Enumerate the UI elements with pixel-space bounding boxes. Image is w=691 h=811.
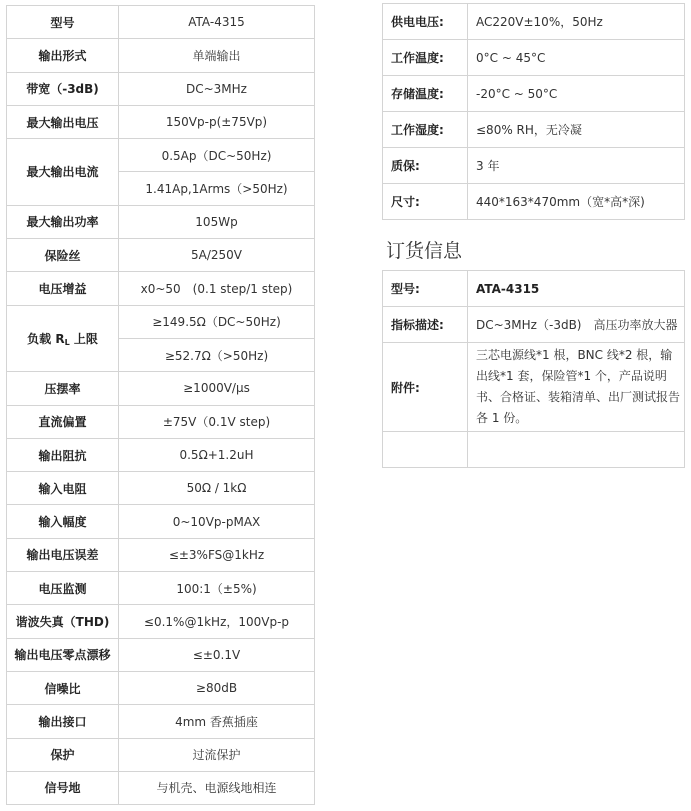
spec-value: ≥1000V/μs <box>119 372 315 405</box>
table-row: 输出阻抗 0.5Ω+1.2uH <box>7 438 315 471</box>
spec-value: 150Vp-p(±75Vp) <box>119 105 315 138</box>
spec-label: 最大输出功率 <box>7 205 119 238</box>
table-row: 输出形式 单端输出 <box>7 39 315 72</box>
order-value-empty <box>468 432 685 468</box>
table-row: 保险丝 5A/250V <box>7 239 315 272</box>
spec-label-load-limit: 负载 RL 上限 <box>7 305 119 372</box>
spec-value: 4mm 香蕉插座 <box>119 705 315 738</box>
table-row: 尺寸: 440*163*470mm（宽*高*深) <box>383 184 685 220</box>
spec-table-right: 供电电压: AC220V±10%，50Hz 工作温度: 0°C ~ 45°C 存… <box>382 3 685 220</box>
table-row: 保护 过流保护 <box>7 738 315 771</box>
spec-label: 工作湿度: <box>383 112 468 148</box>
order-label-empty <box>383 432 468 468</box>
table-row: 输入电阻 50Ω / 1kΩ <box>7 472 315 505</box>
spec-label: 输入幅度 <box>7 505 119 538</box>
table-row: 供电电压: AC220V±10%，50Hz <box>383 4 685 40</box>
spec-value: 1.41Ap,1Arms（>50Hz) <box>119 172 315 205</box>
spec-label: 存储温度: <box>383 76 468 112</box>
spec-value: AC220V±10%，50Hz <box>468 4 685 40</box>
table-row: 输入幅度 0~10Vp-pMAX <box>7 505 315 538</box>
spec-value: 过流保护 <box>119 738 315 771</box>
table-row: 工作湿度: ≤80% RH，无冷凝 <box>383 112 685 148</box>
spec-label: 输出阻抗 <box>7 438 119 471</box>
order-value-model: ATA-4315 <box>468 271 685 307</box>
spec-label: 质保: <box>383 148 468 184</box>
order-info-heading: 订货信息 <box>386 236 462 263</box>
spec-label: 电压监测 <box>7 572 119 605</box>
table-row: 输出电压零点漂移 ≤±0.1V <box>7 638 315 671</box>
table-row: 附件: 三芯电源线*1 根，BNC 线*2 根，输出线*1 套，保险管*1 个，… <box>383 343 685 432</box>
spec-value: 0.5Ap（DC~50Hz) <box>119 139 315 172</box>
spec-label: 输出接口 <box>7 705 119 738</box>
spec-value: ±75V（0.1V step) <box>119 405 315 438</box>
spec-value: ATA-4315 <box>119 6 315 39</box>
table-row: 电压监测 100:1（±5%) <box>7 572 315 605</box>
spec-label: 最大输出电流 <box>7 139 119 206</box>
table-row: 最大输出功率 105Wp <box>7 205 315 238</box>
spec-value: 3 年 <box>468 148 685 184</box>
spec-value: x0~50 (0.1 step/1 step) <box>119 272 315 305</box>
spec-value: DC~3MHz <box>119 72 315 105</box>
spec-value: 0.5Ω+1.2uH <box>119 438 315 471</box>
spec-label: 输入电阻 <box>7 472 119 505</box>
table-row: 最大输出电流 0.5Ap（DC~50Hz) <box>7 139 315 172</box>
table-row: 信噪比 ≥80dB <box>7 671 315 704</box>
order-value: DC~3MHz（-3dB) 高压功率放大器 <box>468 307 685 343</box>
order-label: 型号: <box>383 271 468 307</box>
table-row: 输出接口 4mm 香蕉插座 <box>7 705 315 738</box>
spec-label: 信噪比 <box>7 671 119 704</box>
spec-label: 保护 <box>7 738 119 771</box>
spec-value: 100:1（±5%) <box>119 572 315 605</box>
table-row: 质保: 3 年 <box>383 148 685 184</box>
table-row: 型号: ATA-4315 <box>383 271 685 307</box>
spec-label: 型号 <box>7 6 119 39</box>
spec-value: ≤80% RH，无冷凝 <box>468 112 685 148</box>
spec-label: 输出电压零点漂移 <box>7 638 119 671</box>
spec-value: 105Wp <box>119 205 315 238</box>
spec-value: ≤±0.1V <box>119 638 315 671</box>
spec-label: 带宽（-3dB) <box>7 72 119 105</box>
label-suffix: 上限 <box>70 332 98 346</box>
spec-label: 谐波失真（THD) <box>7 605 119 638</box>
table-row: 带宽（-3dB) DC~3MHz <box>7 72 315 105</box>
order-label: 指标描述: <box>383 307 468 343</box>
spec-label: 最大输出电压 <box>7 105 119 138</box>
order-info-table: 型号: ATA-4315 指标描述: DC~3MHz（-3dB) 高压功率放大器… <box>382 270 685 468</box>
table-row: 信号地 与机壳、电源线地相连 <box>7 771 315 804</box>
table-row: 压摆率 ≥1000V/μs <box>7 372 315 405</box>
spec-label: 信号地 <box>7 771 119 804</box>
table-row: 工作温度: 0°C ~ 45°C <box>383 40 685 76</box>
spec-label: 工作温度: <box>383 40 468 76</box>
spec-value: 0~10Vp-pMAX <box>119 505 315 538</box>
table-row: 输出电压误差 ≤±3%FS@1kHz <box>7 538 315 571</box>
spec-table-left: 型号 ATA-4315 输出形式 单端输出 带宽（-3dB) DC~3MHz 最… <box>6 5 315 805</box>
spec-value: ≥80dB <box>119 671 315 704</box>
table-row: 直流偏置 ±75V（0.1V step) <box>7 405 315 438</box>
spec-label: 直流偏置 <box>7 405 119 438</box>
spec-label: 输出形式 <box>7 39 119 72</box>
table-row: 最大输出电压 150Vp-p(±75Vp) <box>7 105 315 138</box>
spec-value: 与机壳、电源线地相连 <box>119 771 315 804</box>
spec-value: 50Ω / 1kΩ <box>119 472 315 505</box>
spec-label: 尺寸: <box>383 184 468 220</box>
order-label: 附件: <box>383 343 468 432</box>
spec-value: ≤±3%FS@1kHz <box>119 538 315 571</box>
table-row: 存储温度: -20°C ~ 50°C <box>383 76 685 112</box>
spec-value: 440*163*470mm（宽*高*深) <box>468 184 685 220</box>
table-row: 电压增益 x0~50 (0.1 step/1 step) <box>7 272 315 305</box>
spec-label: 保险丝 <box>7 239 119 272</box>
table-row: 指标描述: DC~3MHz（-3dB) 高压功率放大器 <box>383 307 685 343</box>
table-row <box>383 432 685 468</box>
spec-value: ≥52.7Ω（>50Hz) <box>119 338 315 371</box>
spec-value: -20°C ~ 50°C <box>468 76 685 112</box>
spec-label: 电压增益 <box>7 272 119 305</box>
spec-value: ≥149.5Ω（DC~50Hz) <box>119 305 315 338</box>
table-row: 谐波失真（THD) ≤0.1%@1kHz，100Vp-p <box>7 605 315 638</box>
spec-label: 压摆率 <box>7 372 119 405</box>
spec-label: 输出电压误差 <box>7 538 119 571</box>
spec-value: ≤0.1%@1kHz，100Vp-p <box>119 605 315 638</box>
spec-value: 单端输出 <box>119 39 315 72</box>
spec-value: 0°C ~ 45°C <box>468 40 685 76</box>
table-row: 型号 ATA-4315 <box>7 6 315 39</box>
spec-label: 供电电压: <box>383 4 468 40</box>
order-value-accessories: 三芯电源线*1 根，BNC 线*2 根，输出线*1 套，保险管*1 个，产品说明… <box>468 343 685 432</box>
label-prefix: 负载 R <box>27 332 64 346</box>
table-row: 负载 RL 上限 ≥149.5Ω（DC~50Hz) <box>7 305 315 338</box>
spec-value: 5A/250V <box>119 239 315 272</box>
